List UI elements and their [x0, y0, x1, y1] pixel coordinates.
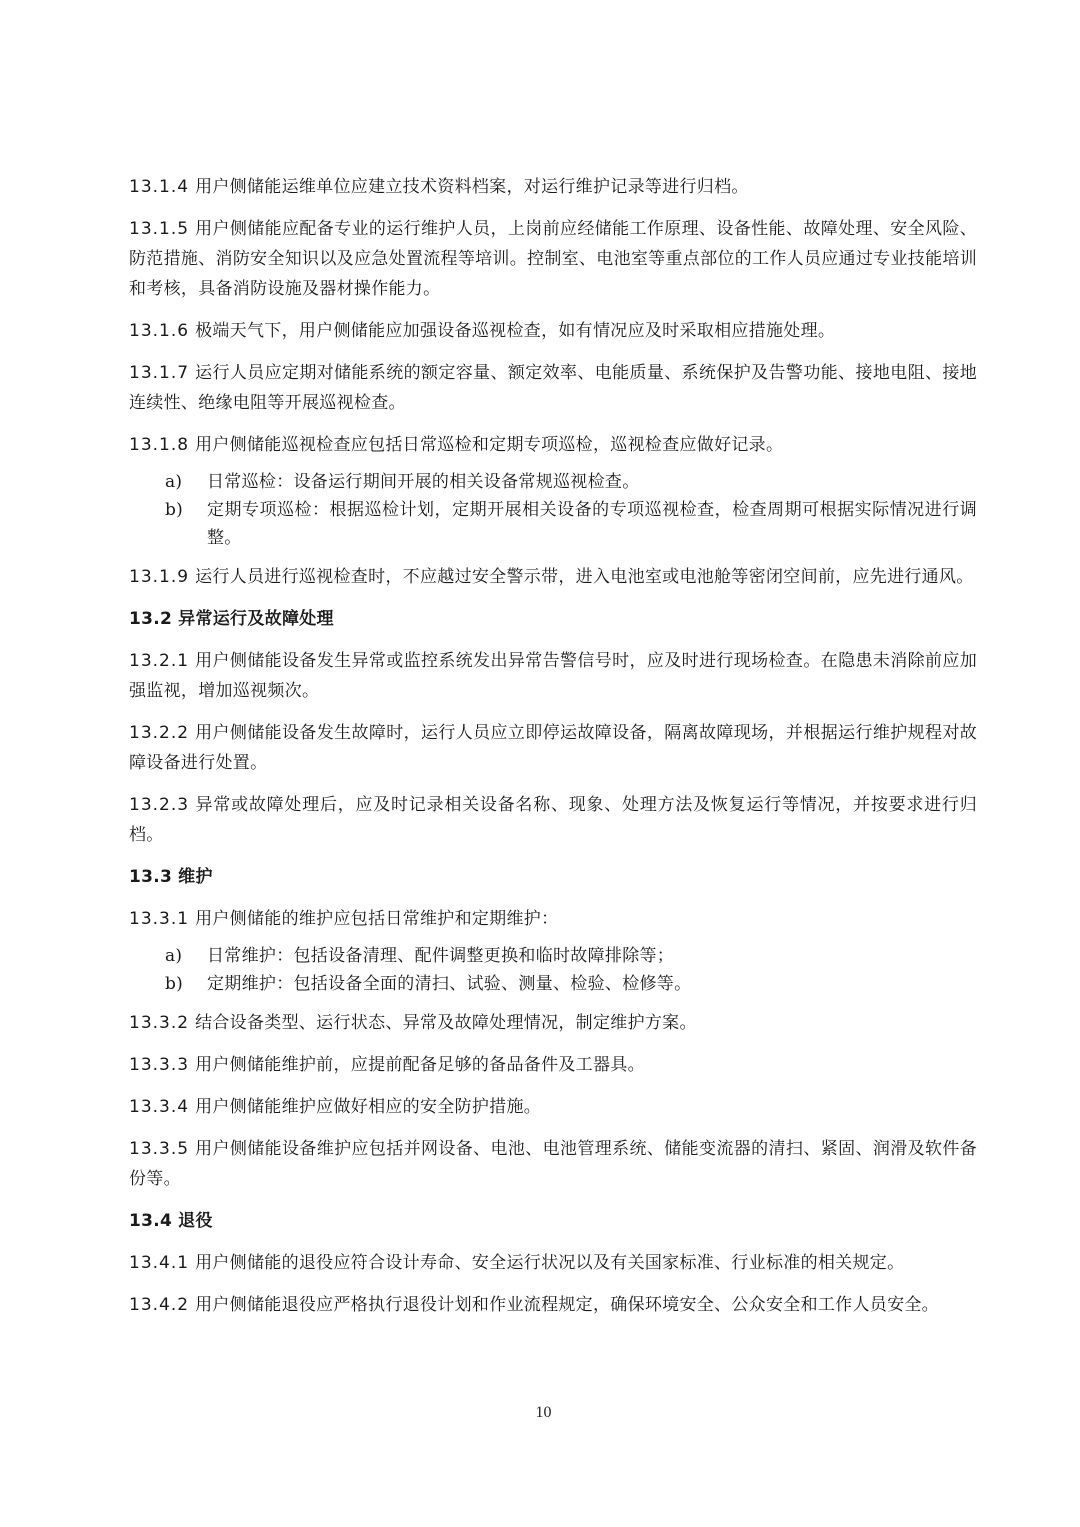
inspection-type-list: a)日常巡检：设备运行期间开展的相关设备常规巡视检查。 b)定期专项巡检：根据巡…: [129, 468, 977, 552]
list-item: b)定期维护：包括设备全面的清扫、试验、测量、检验、检修等。: [129, 970, 977, 998]
clause-13-1-7: 13.1.7运行人员应定期对储能系统的额定容量、额定效率、电能质量、系统保护及告…: [129, 358, 977, 418]
clause-13-1-5: 13.1.5用户侧储能应配备专业的运行维护人员，上岗前应经储能工作原理、设备性能…: [129, 214, 977, 304]
clause-13-1-8: 13.1.8用户侧储能巡视检查应包括日常巡检和定期专项巡检，巡视检查应做好记录。: [129, 430, 977, 460]
clause-13-3-1: 13.3.1用户侧储能的维护应包括日常维护和定期维护：: [129, 904, 977, 934]
document-page: 13.1.4用户侧储能运维单位应建立技术资料档案，对运行维护记录等进行归档。 1…: [129, 172, 977, 1332]
list-item: a)日常维护：包括设备清理、配件调整更换和临时故障排除等；: [129, 942, 977, 970]
page-number: 10: [0, 1404, 1080, 1422]
clause-13-2-3: 13.2.3异常或故障处理后，应及时记录相关设备名称、现象、处理方法及恢复运行等…: [129, 790, 977, 850]
clause-13-3-2: 13.3.2结合设备类型、运行状态、异常及故障处理情况，制定维护方案。: [129, 1008, 977, 1038]
clause-13-1-6: 13.1.6极端天气下，用户侧储能应加强设备巡视检查，如有情况应及时采取相应措施…: [129, 316, 977, 346]
clause-13-3-3: 13.3.3用户侧储能维护前，应提前配备足够的备品备件及工器具。: [129, 1050, 977, 1080]
list-item: a)日常巡检：设备运行期间开展的相关设备常规巡视检查。: [129, 468, 977, 496]
clause-13-3-5: 13.3.5用户侧储能设备维护应包括并网设备、电池、电池管理系统、储能变流器的清…: [129, 1134, 977, 1194]
list-item: b)定期专项巡检：根据巡检计划，定期开展相关设备的专项巡视检查，检查周期可根据实…: [129, 496, 977, 552]
section-heading-13-4: 13.4退役: [129, 1206, 977, 1236]
maintenance-type-list: a)日常维护：包括设备清理、配件调整更换和临时故障排除等； b)定期维护：包括设…: [129, 942, 977, 998]
clause-13-2-1: 13.2.1用户侧储能设备发生异常或监控系统发出异常告警信号时，应及时进行现场检…: [129, 646, 977, 706]
section-heading-13-3: 13.3维护: [129, 862, 977, 892]
clause-13-1-4: 13.1.4用户侧储能运维单位应建立技术资料档案，对运行维护记录等进行归档。: [129, 172, 977, 202]
section-heading-13-2: 13.2异常运行及故障处理: [129, 604, 977, 634]
clause-13-3-4: 13.3.4用户侧储能维护应做好相应的安全防护措施。: [129, 1092, 977, 1122]
clause-13-4-2: 13.4.2用户侧储能退役应严格执行退役计划和作业流程规定，确保环境安全、公众安…: [129, 1290, 977, 1320]
clause-13-4-1: 13.4.1用户侧储能的退役应符合设计寿命、安全运行状况以及有关国家标准、行业标…: [129, 1248, 977, 1278]
clause-13-2-2: 13.2.2用户侧储能设备发生故障时，运行人员应立即停运故障设备，隔离故障现场，…: [129, 718, 977, 778]
clause-13-1-9: 13.1.9运行人员进行巡视检查时，不应越过安全警示带，进入电池室或电池舱等密闭…: [129, 562, 977, 592]
